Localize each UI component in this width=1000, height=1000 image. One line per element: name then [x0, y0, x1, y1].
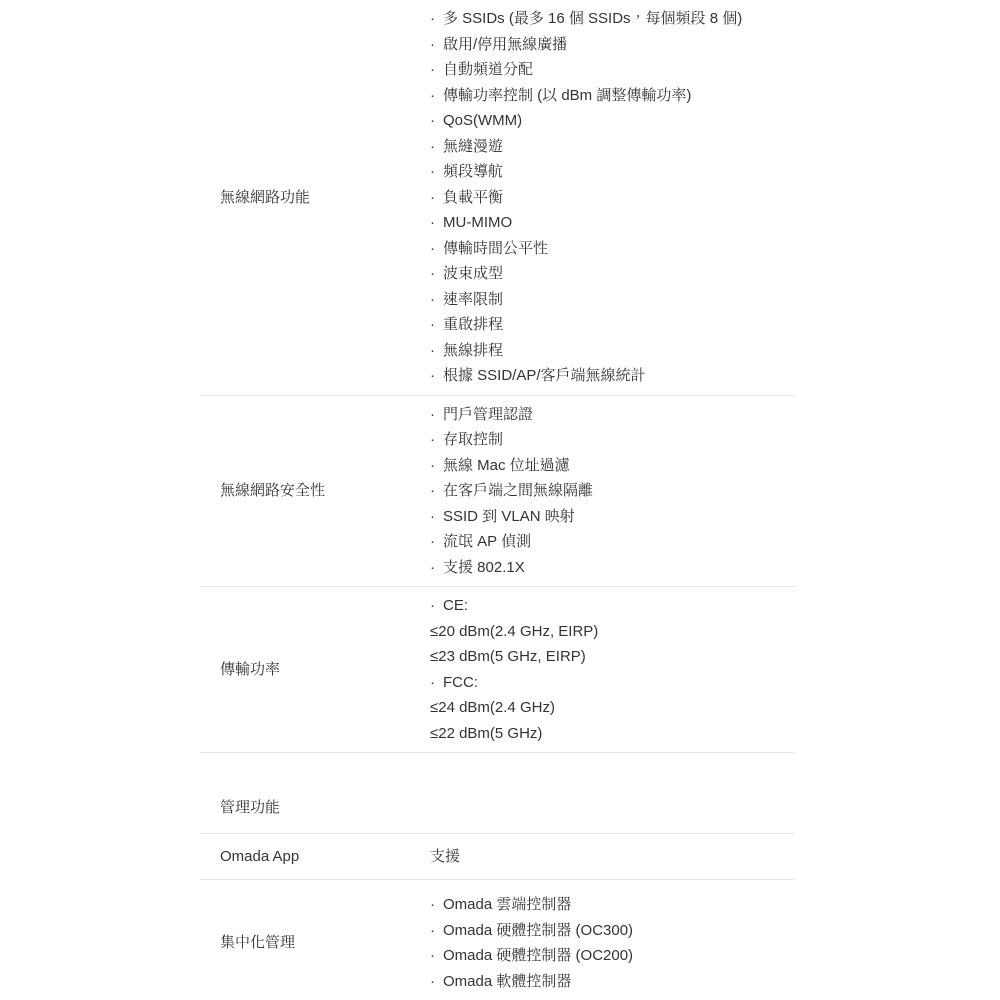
spec-row-value: ·多 SSIDs (最多 16 個 SSIDs，每個頻段 8 個)·啟用/停用無…	[430, 6, 795, 389]
spec-line-text: MU-MIMO	[443, 210, 512, 236]
bullet-icon: ·	[430, 287, 443, 313]
spec-line-text: FCC:	[443, 670, 478, 696]
spec-row-label: 管理功能	[200, 795, 430, 821]
spec-line-text: Omada 軟體控制器	[443, 969, 571, 995]
bullet-icon: ·	[430, 57, 443, 83]
bullet-icon: ·	[430, 6, 443, 32]
spec-line-text: 負載平衡	[443, 185, 503, 211]
spec-line: ·波束成型	[430, 261, 795, 287]
spec-line: ·無線 Mac 位址過濾	[430, 453, 795, 479]
spec-line-text: 無線排程	[443, 338, 503, 364]
bullet-icon: ·	[430, 159, 443, 185]
spec-line-text: 存取控制	[443, 427, 503, 453]
spec-line: ·無線排程	[430, 338, 795, 364]
spec-row-4: Omada App支援	[200, 834, 795, 881]
bullet-icon: ·	[430, 261, 443, 287]
spec-line-text: 多 SSIDs (最多 16 個 SSIDs，每個頻段 8 個)	[443, 6, 742, 32]
spec-line: ≤20 dBm(2.4 GHz, EIRP)	[430, 619, 795, 645]
spec-line: ·根據 SSID/AP/客戶端無線統計	[430, 363, 795, 389]
spec-line-text: 自動頻道分配	[443, 57, 533, 83]
spec-line-text: QoS(WMM)	[443, 108, 522, 134]
spec-line-text: 在客戶端之間無線隔離	[443, 478, 593, 504]
spec-row-0: 無線網路功能·多 SSIDs (最多 16 個 SSIDs，每個頻段 8 個)·…	[200, 0, 795, 396]
bullet-icon: ·	[430, 670, 443, 696]
spec-line-text: 無線 Mac 位址過濾	[443, 453, 570, 479]
spec-page: 無線網路功能·多 SSIDs (最多 16 個 SSIDs，每個頻段 8 個)·…	[0, 0, 1000, 1000]
bullet-icon: ·	[430, 402, 443, 428]
spec-line-text: 支援	[430, 844, 460, 870]
spec-line-text: 流氓 AP 偵測	[443, 529, 531, 555]
spec-line-text: 頻段導航	[443, 159, 503, 185]
bullet-icon: ·	[430, 83, 443, 109]
spec-line: ·SSID 到 VLAN 映射	[430, 504, 795, 530]
bullet-icon: ·	[430, 210, 443, 236]
spec-line-text: 傳輸功率控制 (以 dBm 調整傳輸功率)	[443, 83, 691, 109]
spec-line-text: SSID 到 VLAN 映射	[443, 504, 575, 530]
spec-row-1: 無線網路安全性·門戶管理認證·存取控制·無線 Mac 位址過濾·在客戶端之間無線…	[200, 396, 795, 588]
spec-row-value: ·門戶管理認證·存取控制·無線 Mac 位址過濾·在客戶端之間無線隔離·SSID…	[430, 402, 795, 581]
spec-row-3: 管理功能	[200, 753, 795, 834]
spec-line: ·速率限制	[430, 287, 795, 313]
spec-line: 支援	[430, 844, 795, 870]
spec-line: ·QoS(WMM)	[430, 108, 795, 134]
spec-line-text: Omada 硬體控制器 (OC200)	[443, 943, 633, 969]
bullet-icon: ·	[430, 338, 443, 364]
spec-line: ·啟用/停用無線廣播	[430, 32, 795, 58]
spec-line: ·負載平衡	[430, 185, 795, 211]
spec-line: ≤24 dBm(2.4 GHz)	[430, 695, 795, 721]
bullet-icon: ·	[430, 892, 443, 918]
spec-line-text: Omada 雲端控制器	[443, 892, 571, 918]
spec-row-2: 傳輸功率·CE:≤20 dBm(2.4 GHz, EIRP)≤23 dBm(5 …	[200, 587, 795, 753]
bullet-icon: ·	[430, 32, 443, 58]
spec-line-text: 重啟排程	[443, 312, 503, 338]
spec-row-label: 集中化管理	[200, 930, 430, 956]
spec-line-text: ≤23 dBm(5 GHz, EIRP)	[430, 644, 586, 670]
spec-line: ·多 SSIDs (最多 16 個 SSIDs，每個頻段 8 個)	[430, 6, 795, 32]
spec-line-text: ≤24 dBm(2.4 GHz)	[430, 695, 555, 721]
bullet-icon: ·	[430, 593, 443, 619]
spec-line-text: 波束成型	[443, 261, 503, 287]
spec-line: ·傳輸時間公平性	[430, 236, 795, 262]
bullet-icon: ·	[430, 555, 443, 581]
spec-line: ·門戶管理認證	[430, 402, 795, 428]
spec-line: ·Omada 硬體控制器 (OC300)	[430, 918, 795, 944]
spec-line: ·重啟排程	[430, 312, 795, 338]
spec-line-text: 支援 802.1X	[443, 555, 525, 581]
bullet-icon: ·	[430, 453, 443, 479]
spec-line-text: 門戶管理認證	[443, 402, 533, 428]
spec-line-text: 傳輸時間公平性	[443, 236, 548, 262]
spec-line: ·FCC:	[430, 670, 795, 696]
bullet-icon: ·	[430, 363, 443, 389]
bullet-icon: ·	[430, 185, 443, 211]
spec-line-text: CE:	[443, 593, 468, 619]
spec-row-label: 傳輸功率	[200, 657, 430, 683]
spec-line-text: 速率限制	[443, 287, 503, 313]
spec-row-label: 無線網路安全性	[200, 478, 430, 504]
spec-line: ·MU-MIMO	[430, 210, 795, 236]
spec-line-text: 啟用/停用無線廣播	[443, 32, 567, 58]
spec-line: ·存取控制	[430, 427, 795, 453]
spec-line: ·頻段導航	[430, 159, 795, 185]
bullet-icon: ·	[430, 312, 443, 338]
spec-line: ·支援 802.1X	[430, 555, 795, 581]
spec-row-value: 支援	[430, 844, 795, 870]
spec-line-text: 根據 SSID/AP/客戶端無線統計	[443, 363, 646, 389]
bullet-icon: ·	[430, 504, 443, 530]
bullet-icon: ·	[430, 478, 443, 504]
spec-line: ≤23 dBm(5 GHz, EIRP)	[430, 644, 795, 670]
spec-row-label: 無線網路功能	[200, 185, 430, 211]
spec-line: ·在客戶端之間無線隔離	[430, 478, 795, 504]
spec-line: ≤22 dBm(5 GHz)	[430, 721, 795, 747]
bullet-icon: ·	[430, 134, 443, 160]
bullet-icon: ·	[430, 918, 443, 944]
spec-line: ·Omada 硬體控制器 (OC200)	[430, 943, 795, 969]
spec-line-text: ≤20 dBm(2.4 GHz, EIRP)	[430, 619, 598, 645]
spec-line: ·自動頻道分配	[430, 57, 795, 83]
spec-row-5: 集中化管理·Omada 雲端控制器·Omada 硬體控制器 (OC300)·Om…	[200, 880, 795, 1000]
bullet-icon: ·	[430, 236, 443, 262]
spec-line: ·Omada 雲端控制器	[430, 892, 795, 918]
spec-line: ·傳輸功率控制 (以 dBm 調整傳輸功率)	[430, 83, 795, 109]
spec-row-value: ·CE:≤20 dBm(2.4 GHz, EIRP)≤23 dBm(5 GHz,…	[430, 593, 795, 746]
spec-line-text: 無縫漫遊	[443, 134, 503, 160]
spec-line-text: ≤22 dBm(5 GHz)	[430, 721, 542, 747]
spec-line: ·無縫漫遊	[430, 134, 795, 160]
spec-table: 無線網路功能·多 SSIDs (最多 16 個 SSIDs，每個頻段 8 個)·…	[200, 0, 795, 1000]
bullet-icon: ·	[430, 943, 443, 969]
bullet-icon: ·	[430, 427, 443, 453]
spec-line-text: Omada 硬體控制器 (OC300)	[443, 918, 633, 944]
spec-row-value: ·Omada 雲端控制器·Omada 硬體控制器 (OC300)·Omada 硬…	[430, 892, 795, 994]
spec-line: ·Omada 軟體控制器	[430, 969, 795, 995]
spec-line: ·CE:	[430, 593, 795, 619]
bullet-icon: ·	[430, 529, 443, 555]
spec-line: ·流氓 AP 偵測	[430, 529, 795, 555]
bullet-icon: ·	[430, 969, 443, 995]
spec-row-label: Omada App	[200, 844, 430, 870]
bullet-icon: ·	[430, 108, 443, 134]
